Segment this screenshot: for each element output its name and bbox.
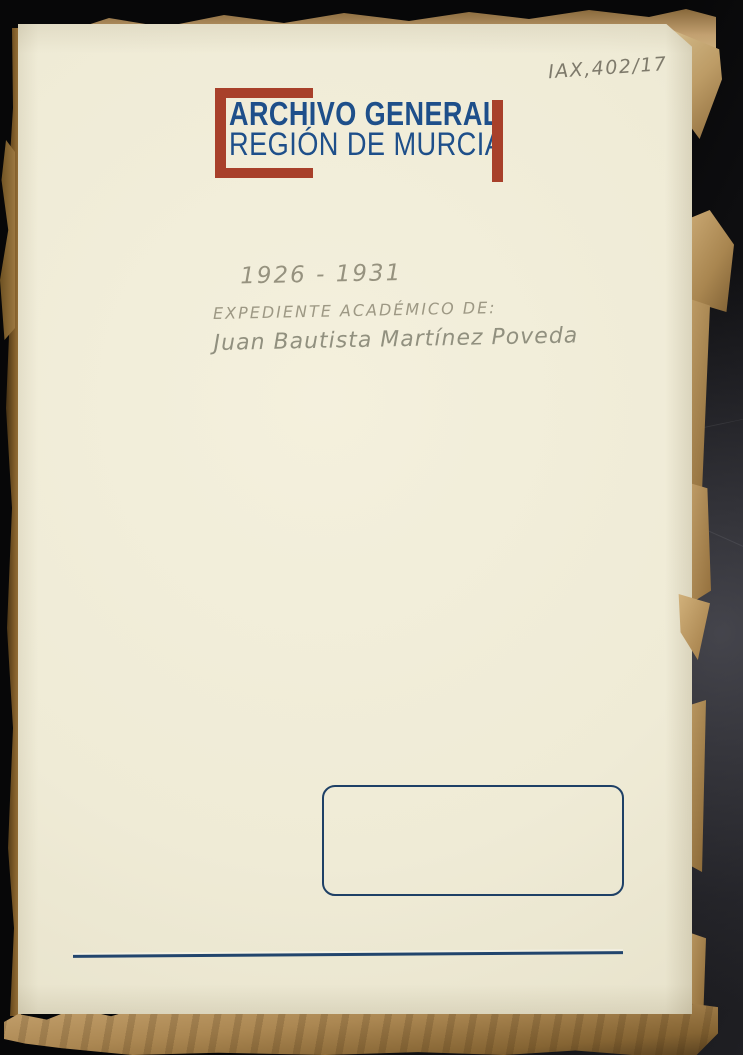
handwritten-label: EXPEDIENTE ACADÉMICO DE: (213, 296, 578, 323)
handwritten-reference-code: IAX,402/17 (547, 51, 698, 83)
footer-rule-line (73, 951, 623, 958)
logo-line1: ARCHIVO GENERAL (229, 98, 500, 129)
logo-text: ARCHIVO GENERAL REGIÓN DE MURCIA (229, 98, 559, 160)
logo-bar-icon (492, 100, 503, 182)
folder-cover-page: IAX,402/17 ARCHIVO GENERAL REGIÓN DE MUR… (18, 24, 692, 1014)
empty-label-box (322, 785, 624, 896)
handwritten-name: Juan Bautista Martínez Poveda (213, 323, 578, 356)
logo-line2: REGIÓN DE MURCIA (229, 129, 510, 160)
handwritten-annotations: 1926 - 1931 EXPEDIENTE ACADÉMICO DE: Jua… (212, 256, 579, 356)
archive-folder-photo: IAX,402/17 ARCHIVO GENERAL REGIÓN DE MUR… (0, 0, 743, 1055)
handwritten-years: 1926 - 1931 (240, 256, 577, 289)
